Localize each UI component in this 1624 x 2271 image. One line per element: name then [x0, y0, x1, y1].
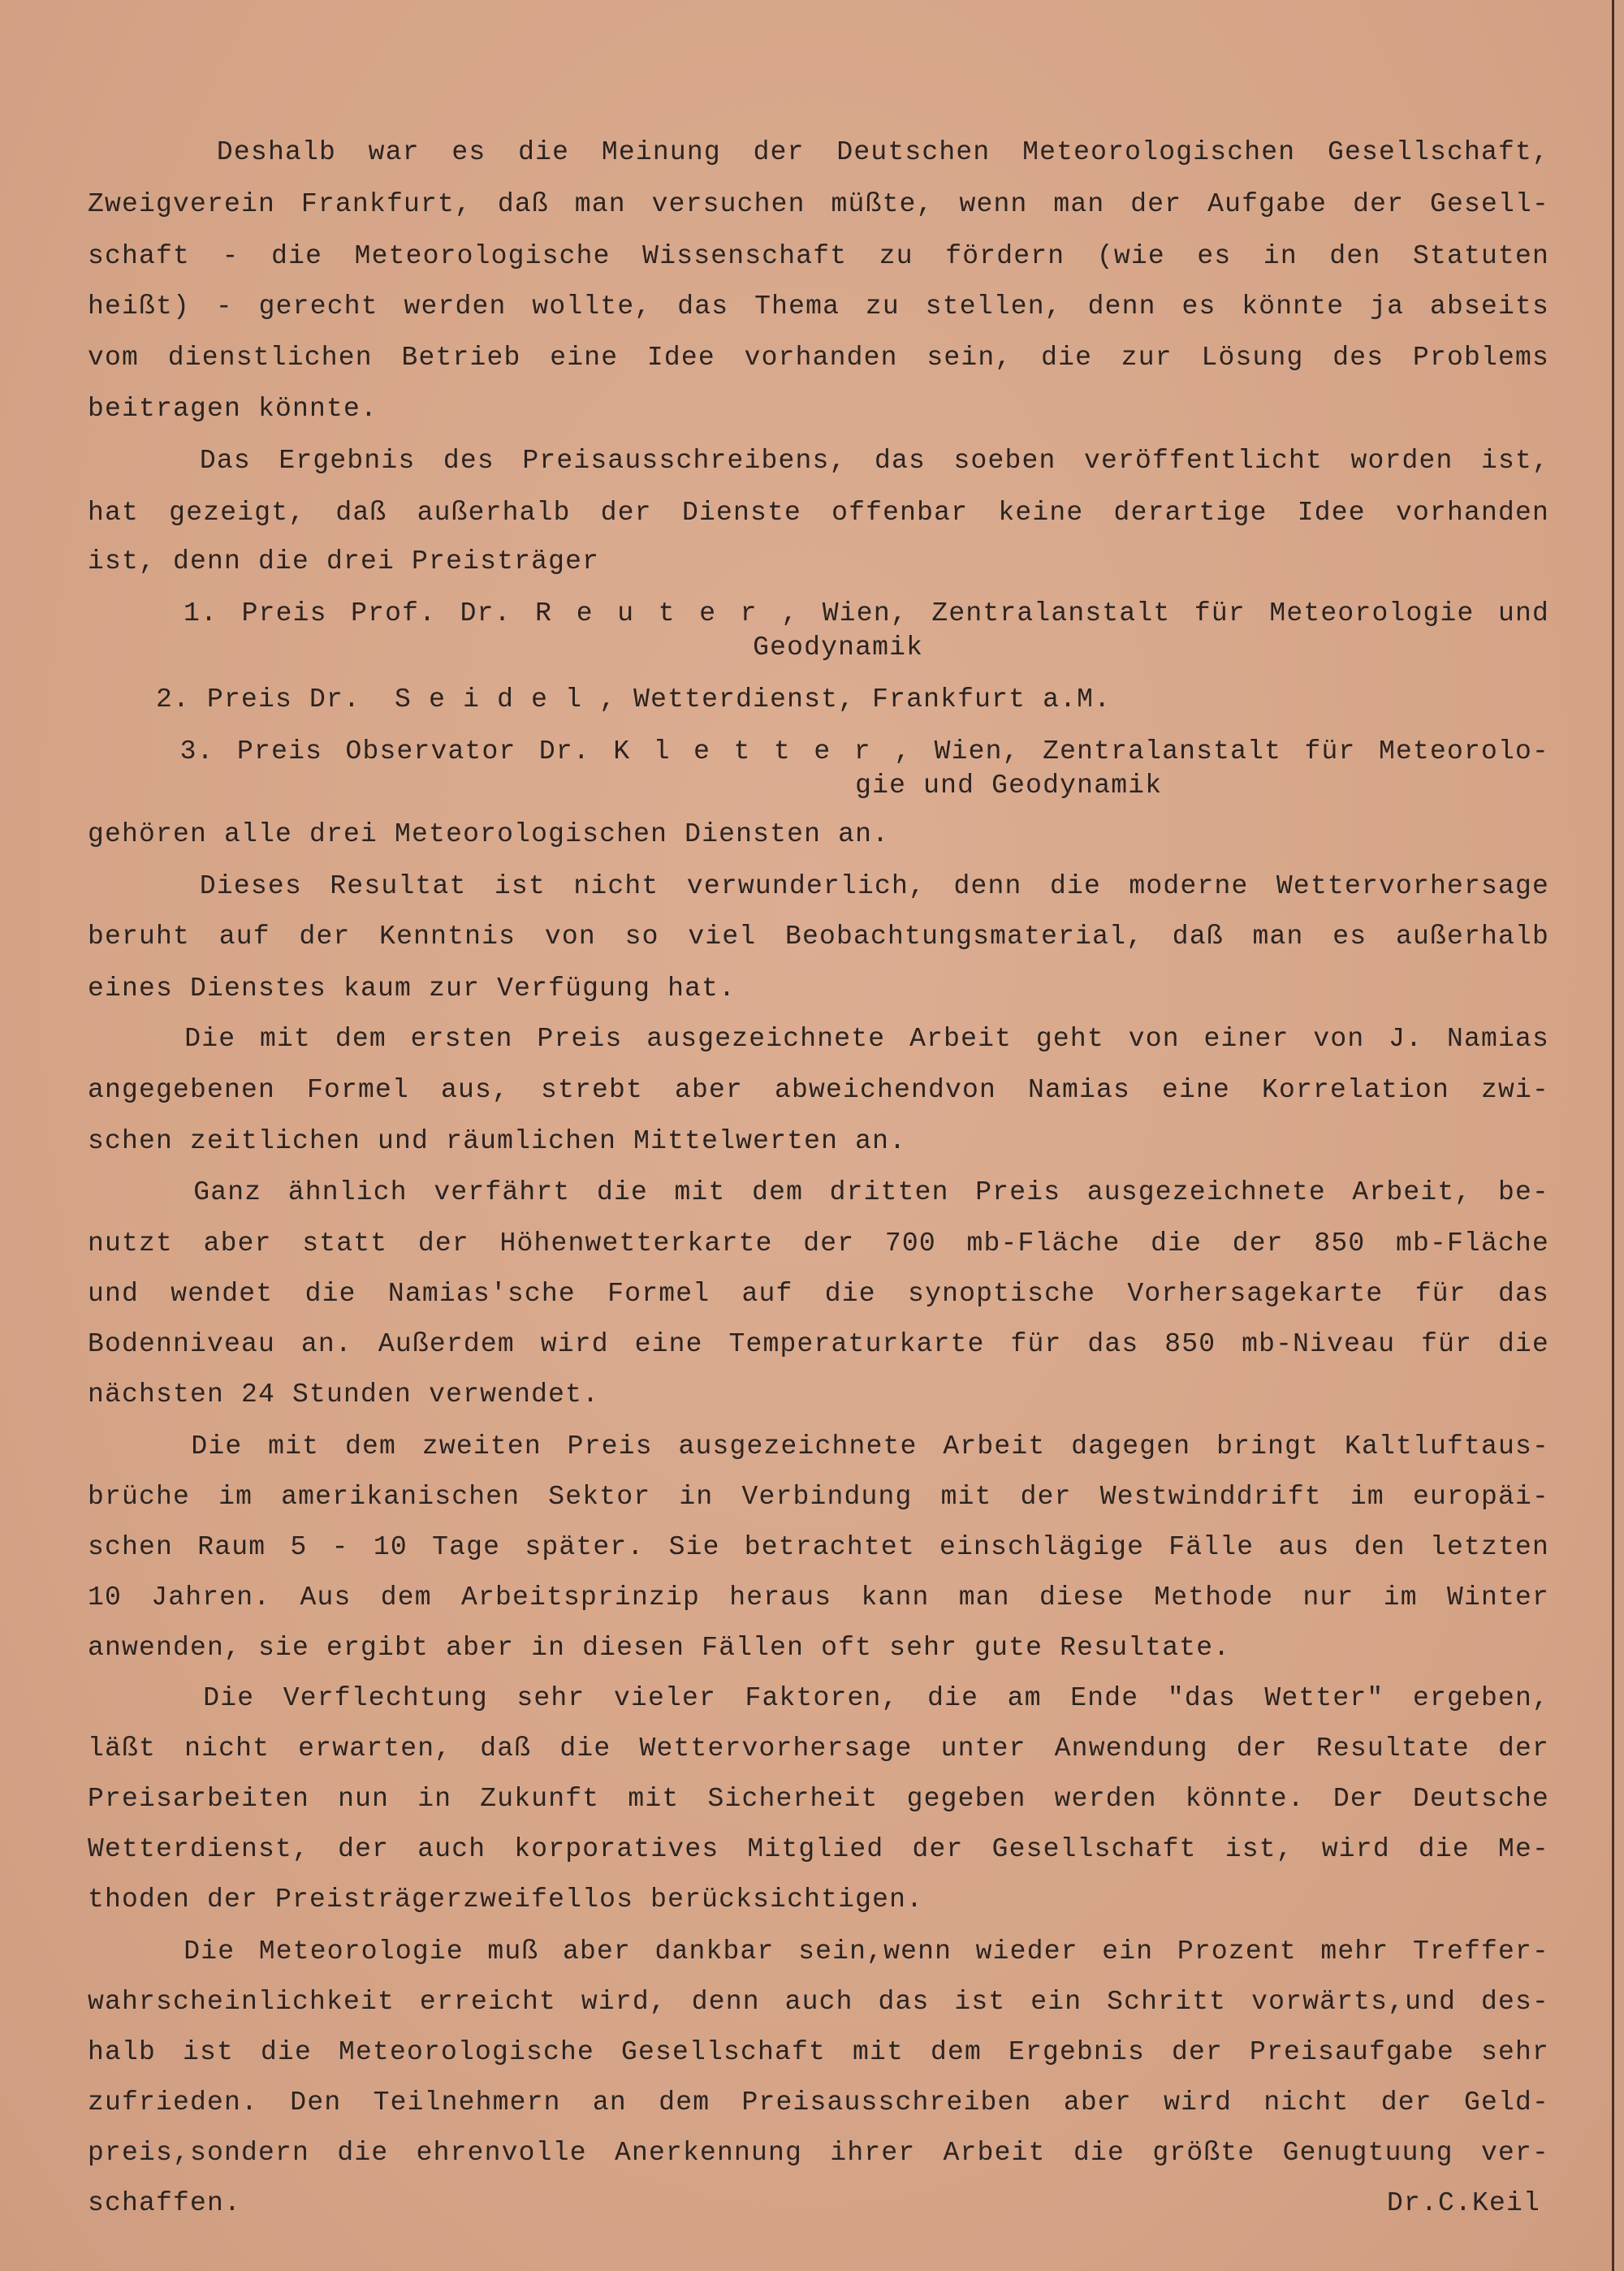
paragraph-line: Ganz ähnlich verfährt die mit dem dritte… — [88, 1177, 1549, 1209]
adjacent-page-strip — [1614, 0, 1624, 2271]
paragraph-line: preis,sondern die ehrenvolle Anerkennung… — [88, 2137, 1549, 2170]
prize-list-line: gie und Geodynamik — [88, 770, 1549, 802]
paragraph-line: Das Ergebnis des Preisausschreibens, das… — [88, 445, 1549, 477]
paragraph-line: nächsten 24 Stunden verwendet. — [88, 1379, 1549, 1411]
paragraph-line: schen Raum 5 - 10 Tage später. Sie betra… — [88, 1531, 1549, 1564]
paragraph-line: Preisarbeiten nun in Zukunft mit Sicherh… — [88, 1783, 1549, 1816]
paragraph-line: Zweigverein Frankfurt, daß man versuchen… — [88, 188, 1549, 221]
paragraph-line: und wendet die Namias'sche Formel auf di… — [88, 1278, 1549, 1310]
paragraph-line: beitragen könnte. — [88, 393, 1549, 425]
paragraph-line: Die mit dem zweiten Preis ausgezeichnete… — [88, 1431, 1549, 1463]
paragraph-line: brüche im amerikanischen Sektor in Verbi… — [88, 1481, 1549, 1513]
prize-list-line: 2. Preis Dr. S e i d e l , Wetterdienst,… — [88, 684, 1549, 716]
author-signature: Dr.C.Keil — [1387, 2187, 1624, 2220]
paragraph-line: Die Meteorologie muß aber dankbar sein,w… — [88, 1936, 1549, 1968]
paragraph-line: vom dienstlichen Betrieb eine Idee vorha… — [88, 342, 1549, 374]
paragraph-line: zufrieden. Den Teilnehmern an dem Preisa… — [88, 2087, 1549, 2119]
paragraph-line: gehören alle drei Meteorologischen Diens… — [88, 818, 1549, 851]
paragraph-line: ist, denn die drei Preisträger — [88, 546, 1549, 578]
paragraph-line: beruht auf der Kenntnis von so viel Beob… — [88, 921, 1549, 953]
paragraph-line: Wetterdienst, der auch korporatives Mitg… — [88, 1833, 1549, 1866]
paragraph-line: angegebenen Formel aus, strebt aber abwe… — [88, 1074, 1549, 1107]
prize-list-line: Geodynamik — [88, 632, 1549, 664]
paragraph-line: halb ist die Meteorologische Gesellschaf… — [88, 2036, 1549, 2069]
paragraph-line: schaft - die Meteorologische Wissenschaf… — [88, 240, 1549, 273]
prize-list-line: 1. Preis Prof. Dr. R e u t e r , Wien, Z… — [88, 598, 1549, 630]
paragraph-line: Deshalb war es die Meinung der Deutschen… — [88, 136, 1549, 169]
paragraph-line: thoden der Preisträgerzweifellos berücks… — [88, 1884, 1549, 1916]
paragraph-line: 10 Jahren. Aus dem Arbeitsprinzip heraus… — [88, 1582, 1549, 1614]
paragraph-line: eines Dienstes kaum zur Verfügung hat. — [88, 973, 1549, 1005]
paragraph-line: Die Verflechtung sehr vieler Faktoren, d… — [88, 1682, 1549, 1715]
paragraph-line: heißt) - gerecht werden wollte, das Them… — [88, 291, 1549, 323]
paragraph-line: läßt nicht erwarten, daß die Wettervorhe… — [88, 1733, 1549, 1765]
paragraph-line: Bodenniveau an. Außerdem wird eine Tempe… — [88, 1328, 1549, 1361]
paragraph-line: schen zeitlichen und räumlichen Mittelwe… — [88, 1125, 1549, 1158]
paragraph-line: wahrscheinlichkeit erreicht wird, denn a… — [88, 1986, 1549, 2018]
paragraph-line: anwenden, sie ergibt aber in diesen Fäll… — [88, 1632, 1549, 1664]
paragraph-line: Die mit dem ersten Preis ausgezeichnete … — [88, 1023, 1549, 1056]
paragraph-line: schaffen. — [88, 2187, 1549, 2220]
prize-list-line: 3. Preis Observator Dr. K l e t t e r , … — [88, 736, 1549, 768]
paragraph-line: Dieses Resultat ist nicht verwunderlich,… — [88, 870, 1549, 903]
paragraph-line: nutzt aber statt der Höhenwetterkarte de… — [88, 1228, 1549, 1260]
paragraph-line: hat gezeigt, daß außerhalb der Dienste o… — [88, 497, 1549, 529]
